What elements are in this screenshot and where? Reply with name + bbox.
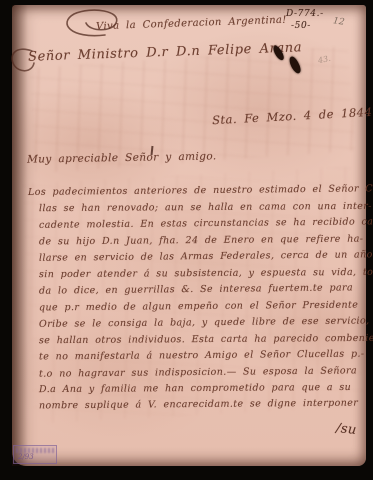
- dateline: Sta. Fe Mzo. 4 de 1844: [212, 105, 373, 127]
- body-line: t.o no hagravar sus indisposicion.— Su e…: [39, 365, 357, 379]
- body-line: Oribe se le consiga la baja, y quede lib…: [39, 315, 373, 330]
- scanned-letter-page: Viva la Confederacion Argentina! D-774.-…: [0, 0, 373, 480]
- body-line: sin poder atender á su subsistencia, y e…: [39, 267, 373, 280]
- catchword: /su: [335, 421, 357, 438]
- ink-blot: [287, 55, 303, 75]
- archive-code-line2: -50-: [291, 21, 311, 31]
- body-line: que p.r medio de algun empeño con el Señ…: [39, 300, 358, 314]
- body-line: se hallan otros individuos. Esta carta h…: [39, 333, 373, 346]
- manuscript-paper: Viva la Confederacion Argentina! D-774.-…: [12, 5, 366, 466]
- body-line: Los padecimientos anteriores de nuestro …: [28, 183, 373, 198]
- body-line: te no manifestarla á nuestro Amigo el Se…: [39, 349, 365, 363]
- body-line: D.a Ana y familia me han comprometido pa…: [39, 382, 351, 395]
- salutation-line: Muy apreciable Señor y amigo.: [27, 150, 217, 165]
- body-line: llas se han renovado; aun se halla en ca…: [39, 201, 372, 214]
- archive-stamp: 2/93: [13, 445, 57, 464]
- pencil-note: 43.: [317, 54, 331, 65]
- body-line: de su hijo D.n Juan, fha. 24 de Enero en…: [39, 234, 363, 248]
- body-line: cadente molestia. En estas circunstancia…: [39, 216, 373, 231]
- pencil-folio-number: 12: [332, 16, 345, 27]
- stamp-number: 2/93: [18, 453, 34, 461]
- body-line: da lo dice, en guerrillas &. Se interesa…: [39, 282, 353, 296]
- body-line: nombre suplique á V. encarecidam.te se d…: [39, 398, 358, 412]
- body-line: llarse en servicio de las Armas Federale…: [39, 249, 373, 264]
- archive-code-line1: D-774.-: [286, 9, 324, 19]
